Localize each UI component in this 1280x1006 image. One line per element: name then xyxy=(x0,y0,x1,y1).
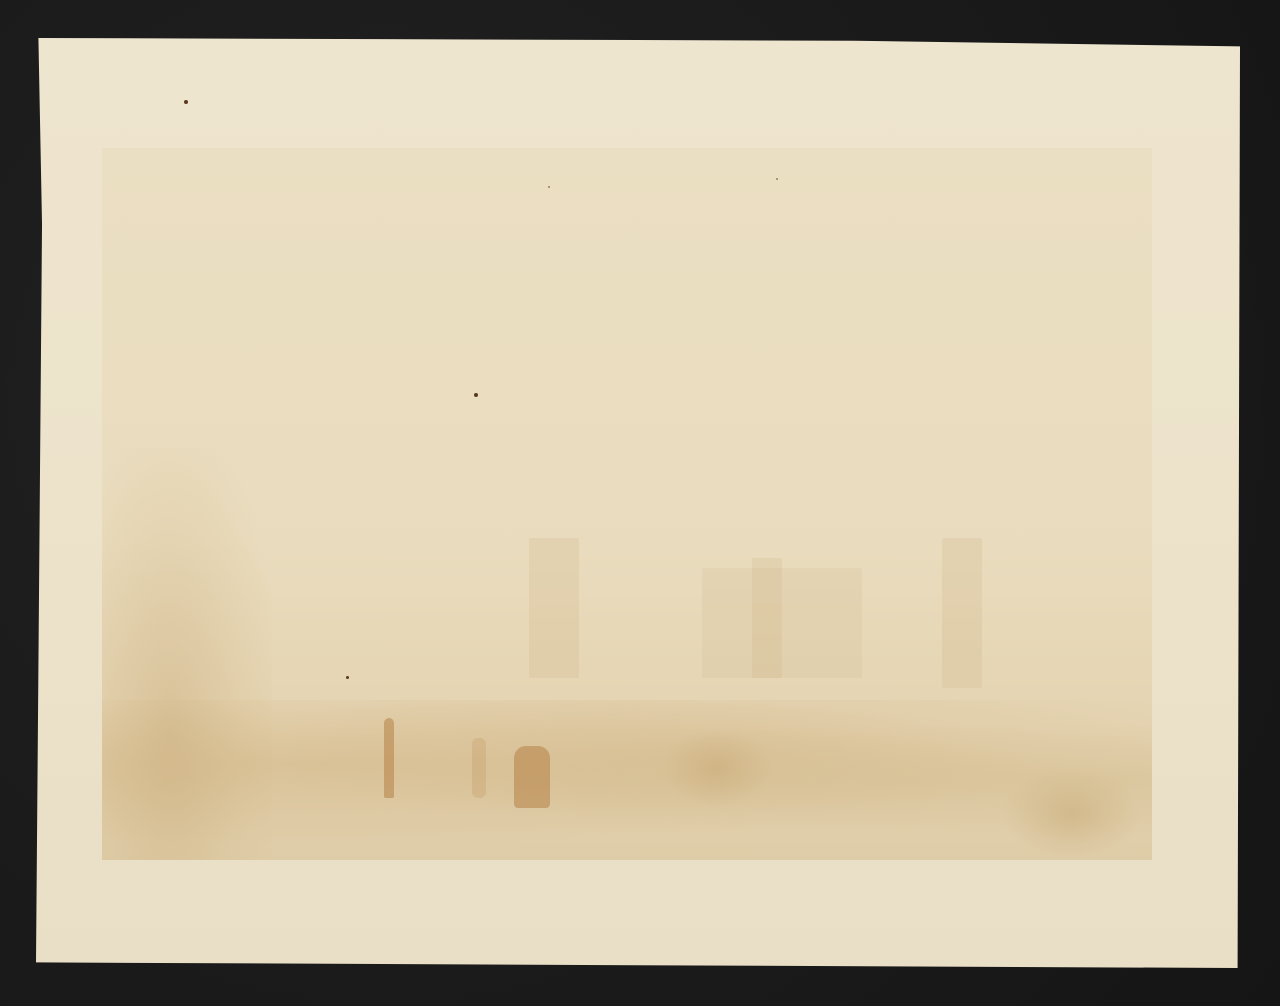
figure-faint xyxy=(472,738,486,798)
foxing-spot xyxy=(184,100,188,104)
black-mount-board xyxy=(0,0,1280,1006)
photographic-print xyxy=(102,148,1152,860)
foxing-spot xyxy=(548,186,550,188)
paper-sheet xyxy=(36,38,1240,968)
ruin-tower-center xyxy=(752,558,782,678)
ruin-tower-right xyxy=(942,538,982,688)
foreground-ground xyxy=(102,700,1152,860)
figure-seated xyxy=(514,746,550,808)
ruin-tower-left xyxy=(529,538,579,678)
figure-standing xyxy=(384,718,394,798)
foxing-spot xyxy=(474,393,478,397)
foxing-spot xyxy=(346,676,349,679)
ruin-wall-center xyxy=(702,568,862,678)
foxing-spot xyxy=(776,178,778,180)
